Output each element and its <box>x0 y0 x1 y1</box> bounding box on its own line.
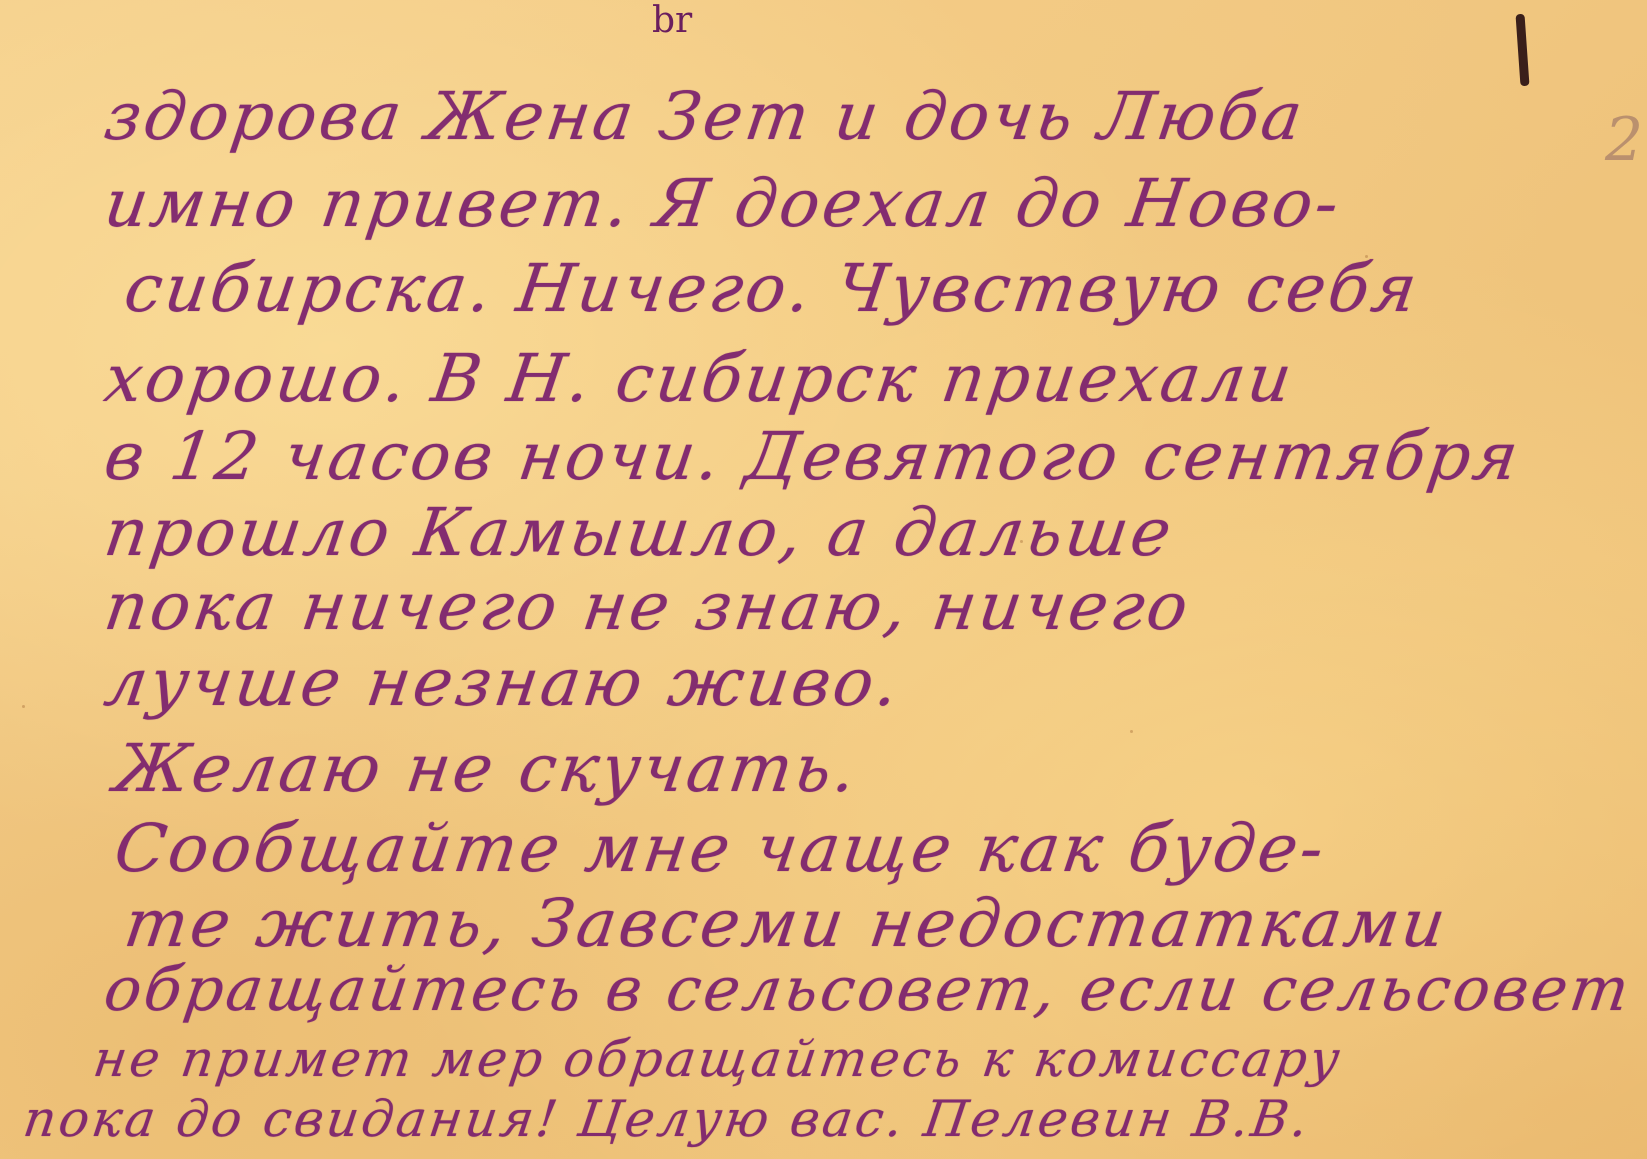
letter-line: имно привет. Я доехал до Ново- <box>100 165 1346 242</box>
letter-line: прошло Камышло, а дальше <box>100 494 1179 571</box>
letter-line: хорошо. В Н. сибирск приехали <box>100 340 1299 417</box>
letter-line: здорова Жена Зет и дочь Люба <box>100 78 1310 155</box>
top-mark: br <box>652 0 692 41</box>
letter-line: не примет мер обращайтесь к комиссару <box>90 1030 1346 1088</box>
letter-paper: br 2 здорова Жена Зет и дочь Люба имно п… <box>0 0 1647 1159</box>
paper-speck <box>1130 730 1133 733</box>
letter-line: пока ничего не знаю, ничего <box>100 568 1196 645</box>
letter-line: те жить, Завсеми недостатками <box>120 885 1453 962</box>
letter-line: в 12 часов ночи. Девятого сентября <box>100 418 1526 495</box>
letter-signature-line: пока до свидания! Целую вас. Пелевин В.В… <box>20 1090 1314 1148</box>
paper-speck <box>22 705 25 708</box>
letter-line: Желаю не скучать. <box>110 730 864 807</box>
margin-mark: 2 <box>1605 105 1643 175</box>
letter-line: обращайтесь в сельсовет, если сельсовет <box>100 955 1636 1025</box>
letter-line: Сообщайте мне чаще как буде- <box>110 810 1331 887</box>
letter-line: сибирска. Ничего. Чувствую себя <box>120 250 1424 327</box>
page-number-mark <box>1515 14 1529 86</box>
letter-line: лучше незнаю живо. <box>100 644 906 721</box>
